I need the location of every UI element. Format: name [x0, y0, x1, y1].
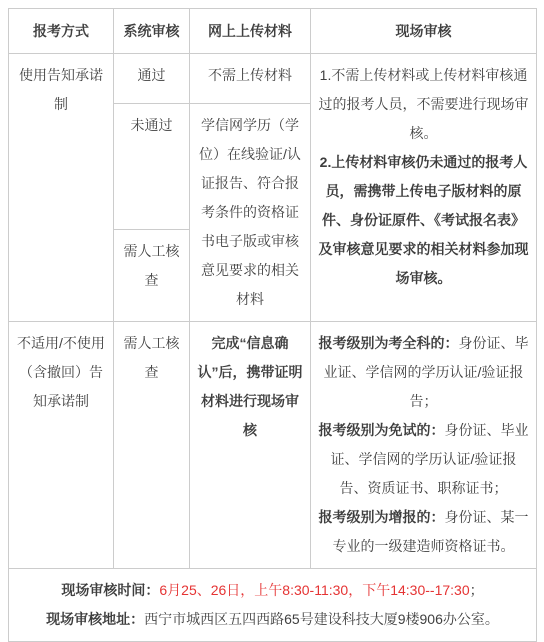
- cell-system-pass: 通过: [114, 54, 190, 104]
- cell-system-manual-2: 需人工核查: [114, 322, 190, 569]
- onsite-level-add: 报考级别为增报的：身份证、某一专业的一级建造师资格证书。: [317, 503, 530, 561]
- table-header-row: 报考方式 系统审核 网上上传材料 现场审核: [9, 9, 537, 54]
- col-header-upload-material: 网上上传材料: [190, 9, 311, 54]
- cell-footer-info: 现场审核时间：6月25、26日，上午8:30-11:30，下午14:30--17…: [9, 569, 537, 642]
- cell-method-no-promise: 不适用/不使用（含撤回）告知承诺制: [9, 322, 114, 569]
- cell-upload-confirm: 完成“信息确认”后，携带证明材料进行现场审核: [190, 322, 311, 569]
- onsite-review-time-suffix: ；: [470, 582, 484, 598]
- onsite-note-2: 2.上传材料审核仍未通过的报考人员，需携带上传电子版材料的原件、身份证原件、《考…: [317, 148, 530, 293]
- table-row-no-promise: 不适用/不使用（含撤回）告知承诺制 需人工核查 完成“信息确认”后，携带证明材料…: [9, 322, 537, 569]
- cell-upload-none: 不需上传材料: [190, 54, 311, 104]
- table-row-footer: 现场审核时间：6月25、26日，上午8:30-11:30，下午14:30--17…: [9, 569, 537, 642]
- onsite-review-time-label: 现场审核时间：: [61, 582, 159, 598]
- col-header-onsite-review: 现场审核: [311, 9, 537, 54]
- col-header-system-review: 系统审核: [114, 9, 190, 54]
- onsite-level-exempt-label: 报考级别为免试的：: [319, 422, 445, 438]
- onsite-review-time-value: 6月25、26日，上午8:30-11:30，下午14:30--17:30: [159, 582, 469, 598]
- onsite-level-full-label: 报考级别为考全科的：: [319, 335, 459, 351]
- col-header-method: 报考方式: [9, 9, 114, 54]
- onsite-review-address-value: 西宁市城西区五四西路65号建设科技大厦9楼906办公室。: [144, 611, 499, 627]
- table-row-promise-pass: 使用告知承诺制 通过 不需上传材料 1.不需上传材料或上传材料审核通过的报考人员…: [9, 54, 537, 104]
- cell-onsite-group1: 1.不需上传材料或上传材料审核通过的报考人员，不需要进行现场审核。 2.上传材料…: [311, 54, 537, 322]
- onsite-review-address: 现场审核地址：西宁市城西区五四西路65号建设科技大厦9楼906办公室。: [15, 605, 530, 634]
- onsite-note-1: 1.不需上传材料或上传材料审核通过的报考人员，不需要进行现场审核。: [317, 61, 530, 148]
- cell-system-fail: 未通过: [114, 104, 190, 230]
- onsite-review-time: 现场审核时间：6月25、26日，上午8:30-11:30，下午14:30--17…: [15, 576, 530, 605]
- onsite-review-address-label: 现场审核地址：: [46, 611, 144, 627]
- cell-system-manual: 需人工核查: [114, 230, 190, 322]
- onsite-level-full: 报考级别为考全科的：身份证、毕业证、学信网的学历认证/验证报告；: [317, 329, 530, 416]
- onsite-level-add-label: 报考级别为增报的：: [319, 509, 445, 525]
- onsite-level-exempt: 报考级别为免试的：身份证、毕业证、学信网的学历认证/验证报告、资质证书、职称证书…: [317, 416, 530, 503]
- page: 报考方式 系统审核 网上上传材料 现场审核 使用告知承诺制 通过 不需上传材料 …: [0, 0, 544, 591]
- cell-upload-fail-material: 学信网学历（学位）在线验证/认证报告、符合报考条件的资格证书电子版或审核意见要求…: [190, 104, 311, 322]
- registration-review-table: 报考方式 系统审核 网上上传材料 现场审核 使用告知承诺制 通过 不需上传材料 …: [8, 8, 537, 642]
- cell-onsite-group2: 报考级别为考全科的：身份证、毕业证、学信网的学历认证/验证报告； 报考级别为免试…: [311, 322, 537, 569]
- cell-method-promise: 使用告知承诺制: [9, 54, 114, 322]
